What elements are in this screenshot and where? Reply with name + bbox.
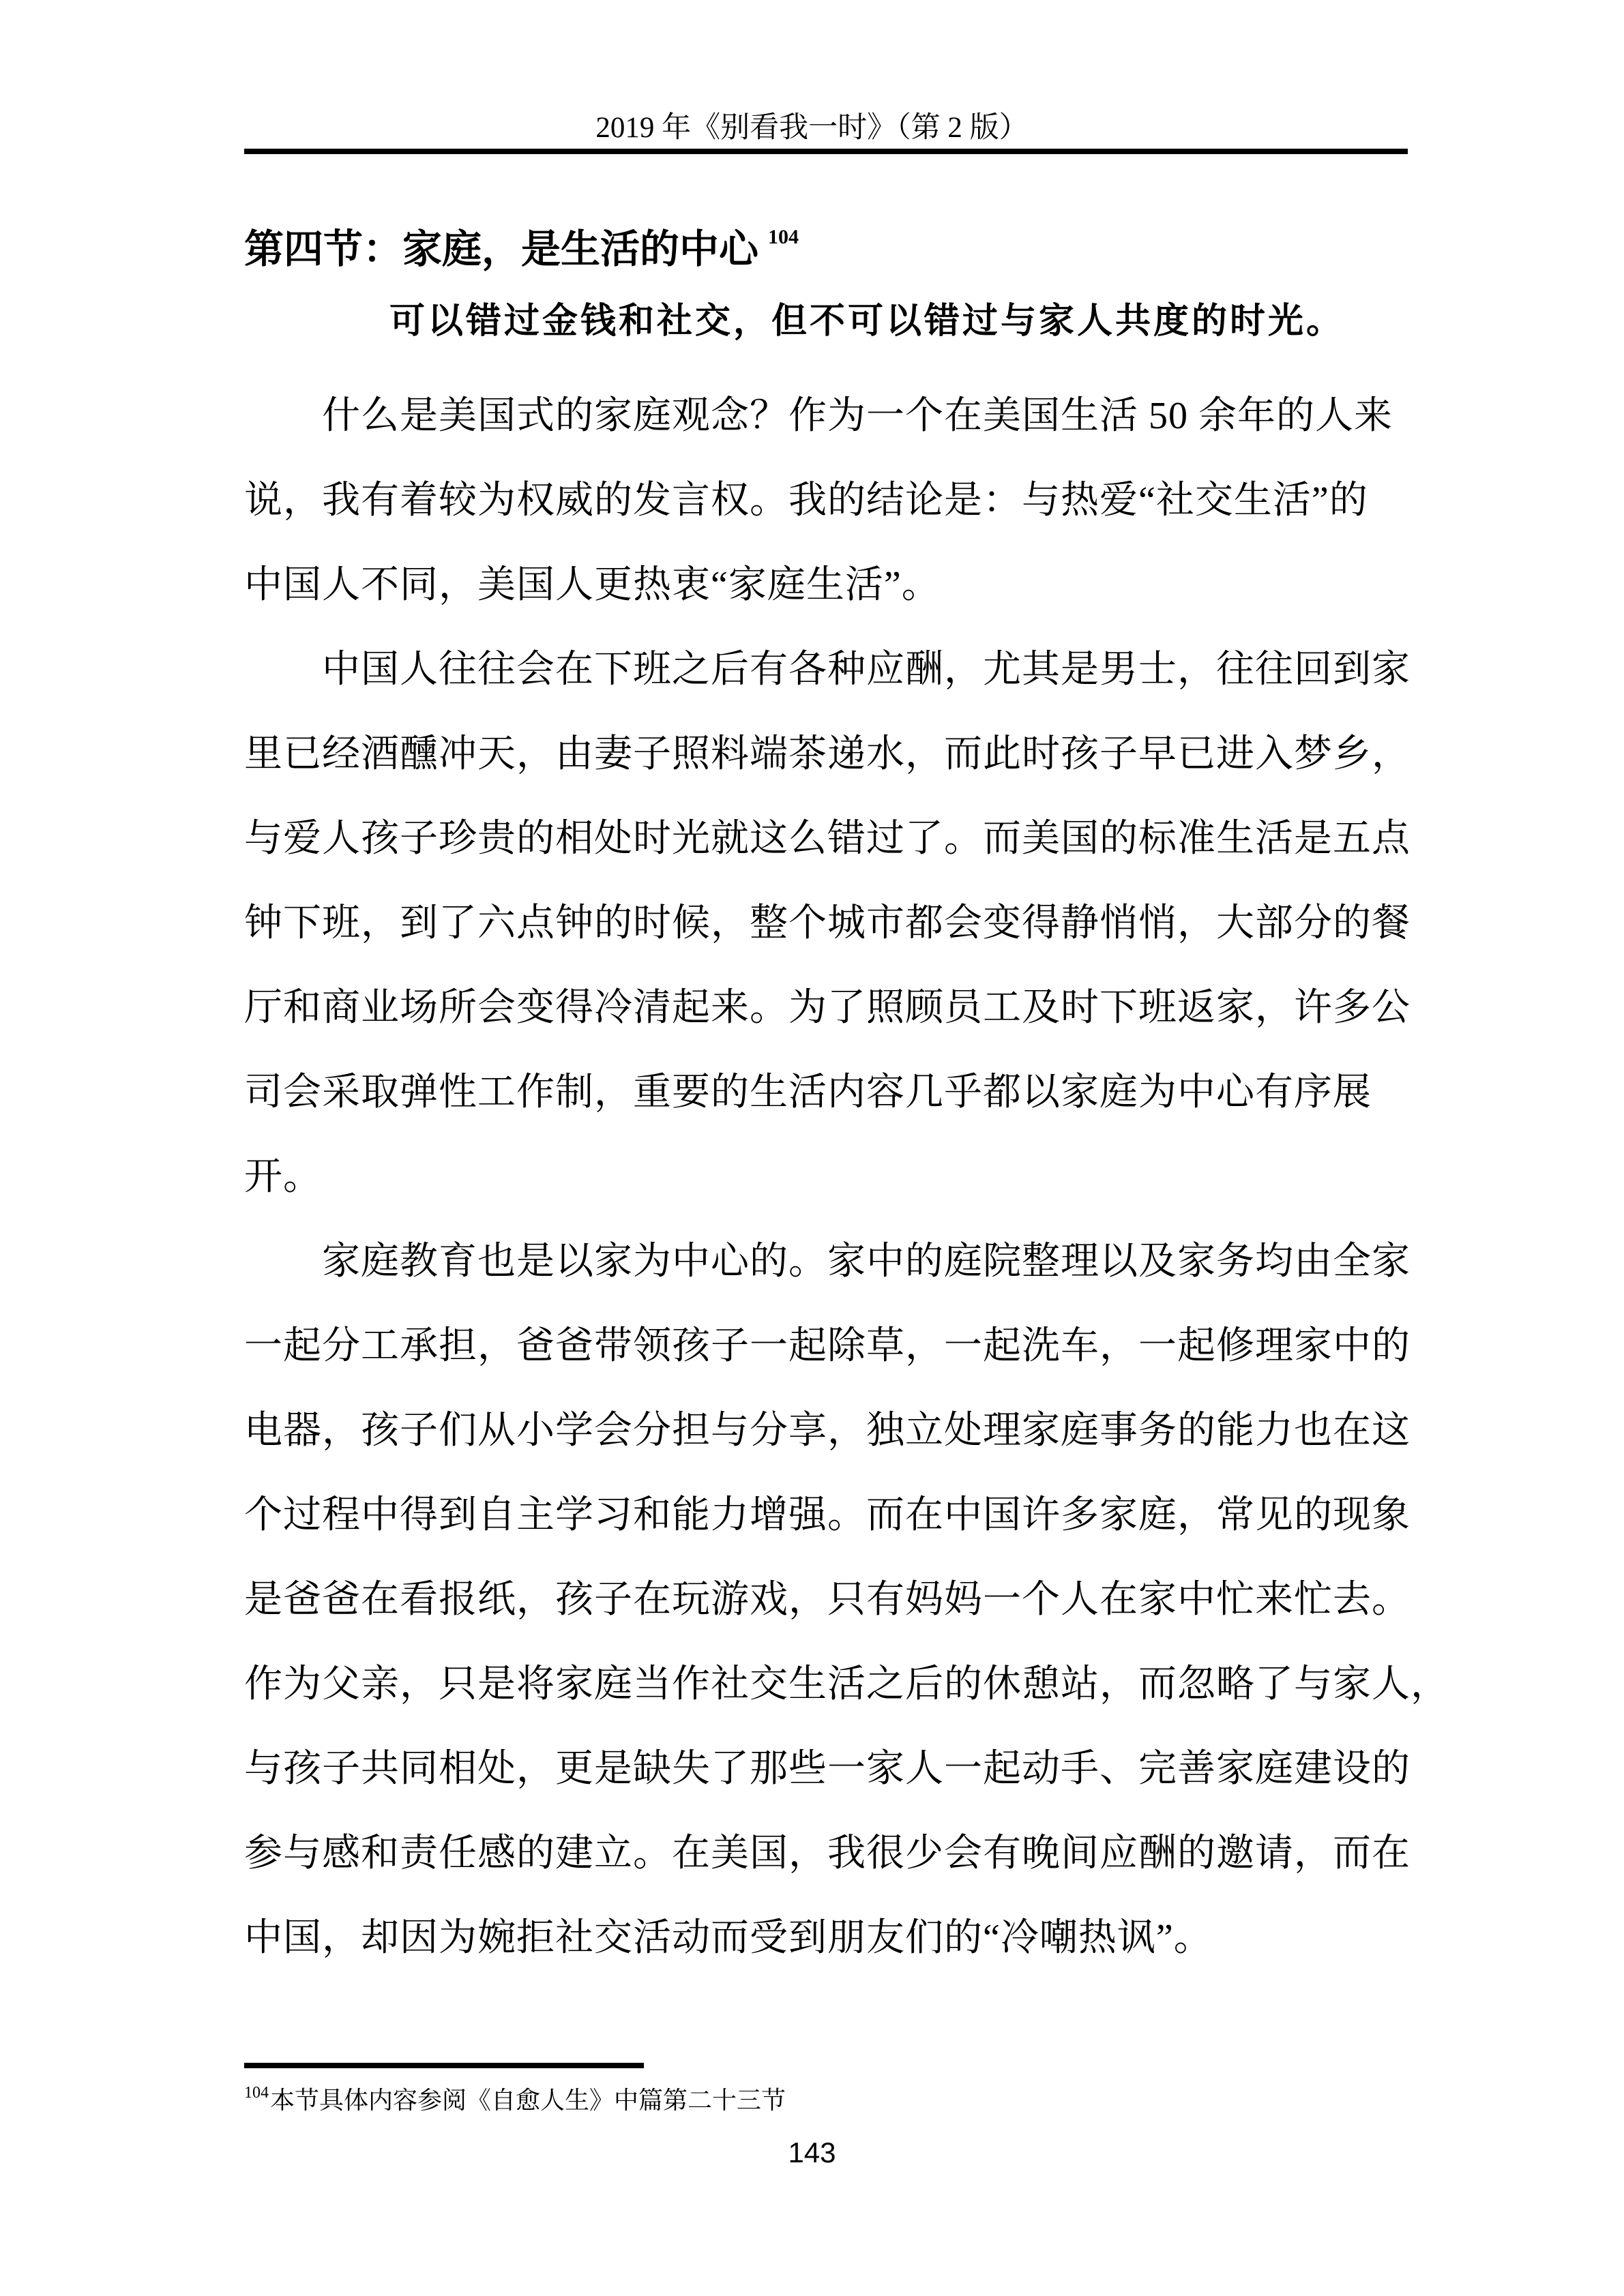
body-text-line: 电器，孩子们从小学会分担与分享，独立处理家庭事务的能力也在这	[244, 1388, 1408, 1473]
body-text-line: 一起分工承担，爸爸带领孩子一起除草，一起洗车，一起修理家中的	[244, 1304, 1408, 1388]
footnote-text: 本节具体内容参阅《自愈人生》中篇第二十三节	[270, 2087, 786, 2114]
document-page: 2019 年《别看我一时》（第 2 版） 第四节：家庭，是生活的中心104 可以…	[0, 0, 1624, 2296]
body-text-line: 说，我有着较为权威的发言权。我的结论是：与热爱“社交生活”的	[244, 458, 1408, 543]
page-number: 143	[0, 2136, 1624, 2170]
body-text-line: 司会采取弹性工作制，重要的生活内容几乎都以家庭为中心有序展	[244, 1050, 1408, 1135]
body-text-line: 与孩子共同相处，更是缺失了那些一家人一起动手、完善家庭建设的	[244, 1727, 1408, 1811]
body-text-line: 作为父亲，只是将家庭当作社交生活之后的休憩站，而忽略了与家人，	[244, 1642, 1408, 1727]
footnote-separator-rule	[244, 2063, 644, 2068]
body-text-line: 家庭教育也是以家为中心的。家中的庭院整理以及家务均由全家	[244, 1219, 1408, 1304]
body-text-line: 开。	[244, 1135, 1408, 1219]
body-text-line: 厅和商业场所会变得冷清起来。为了照顾员工及时下班返家，许多公	[244, 966, 1408, 1050]
running-header: 2019 年《别看我一时》（第 2 版）	[0, 111, 1624, 145]
body-text-line: 个过程中得到自主学习和能力增强。而在中国许多家庭，常见的现象	[244, 1473, 1408, 1557]
body-text-line: 中国人不同，美国人更热衷“家庭生活”。	[244, 543, 1408, 627]
body-text-line: 钟下班，到了六点钟的时候，整个城市都会变得静悄悄，大部分的餐	[244, 881, 1408, 966]
body-text-line: 与爱人孩子珍贵的相处时光就这么错过了。而美国的标准生活是五点	[244, 796, 1408, 881]
body-text-line: 中国，却因为婉拒社交活动而受到朋友们的“冷嘲热讽”。	[244, 1896, 1408, 1980]
body-text-line: 什么是美国式的家庭观念？作为一个在美国生活 50 余年的人来	[244, 374, 1408, 458]
body-text-line: 中国人往往会在下班之后有各种应酬，尤其是男士，往往回到家	[244, 627, 1408, 712]
body-text-line: 参与感和责任感的建立。在美国，我很少会有晚间应酬的邀请，而在	[244, 1811, 1408, 1896]
section-footnote-ref: 104	[768, 226, 799, 248]
body-text-line: 是爸爸在看报纸，孩子在玩游戏，只有妈妈一个人在家中忙来忙去。	[244, 1557, 1408, 1642]
footnote-marker: 104	[244, 2084, 269, 2102]
epigraph-quote: 可以错过金钱和社交，但不可以错过与家人共度的时光。	[285, 296, 1449, 348]
header-rule	[244, 149, 1408, 154]
section-title: 第四节：家庭，是生活的中心104	[244, 222, 1472, 277]
body-text: 什么是美国式的家庭观念？作为一个在美国生活 50 余年的人来说，我有着较为权威的…	[244, 374, 1408, 1980]
section-title-text: 第四节：家庭，是生活的中心	[244, 227, 758, 271]
footnote: 104本节具体内容参阅《自愈人生》中篇第二十三节	[244, 2081, 1408, 2119]
body-text-line: 里已经酒醺冲天，由妻子照料端茶递水，而此时孩子早已进入梦乡，	[244, 712, 1408, 796]
